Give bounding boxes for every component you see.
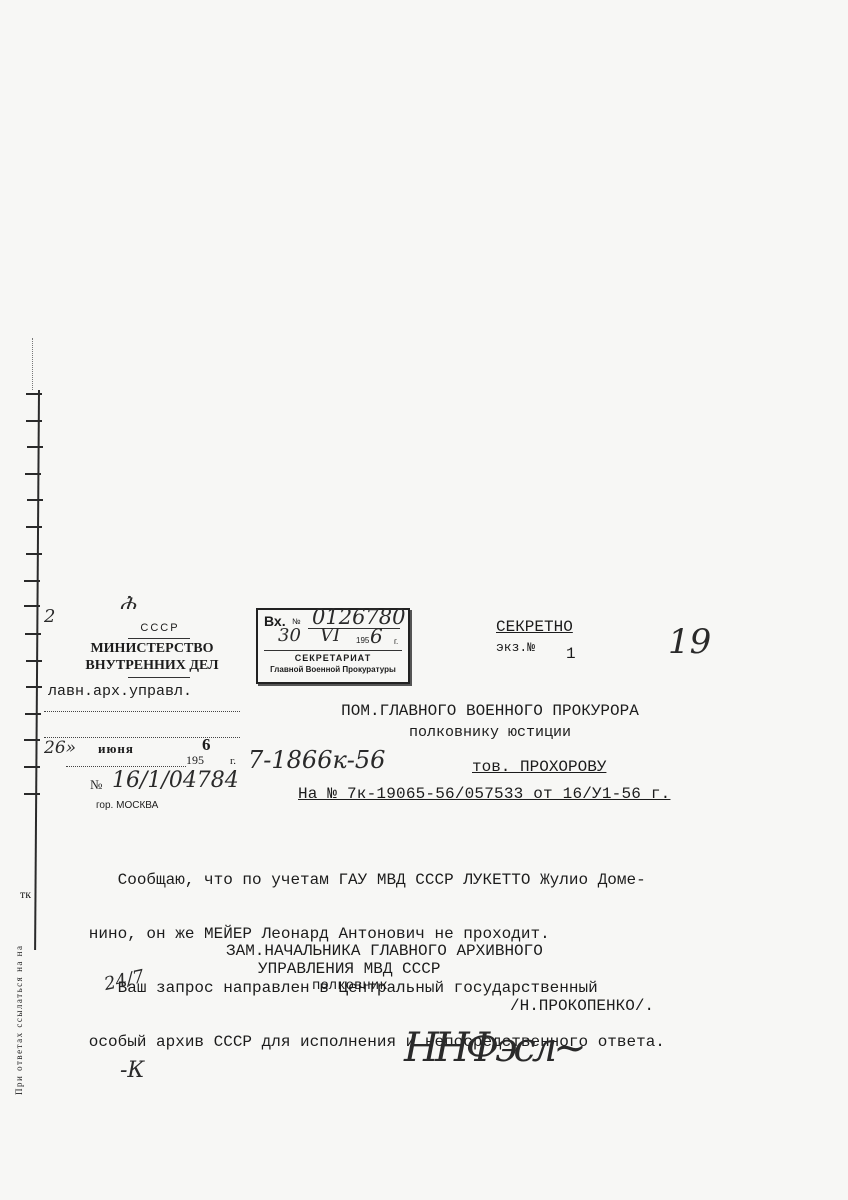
ruler-tick: [26, 526, 42, 528]
ruler-tick: [24, 739, 40, 741]
divider: [128, 638, 190, 639]
ruler-tick: [26, 420, 42, 422]
stamp-rule: [264, 650, 402, 651]
ruler-tick: [26, 393, 42, 395]
signatory-name: /Н.ПРОКОПЕНКО/.: [510, 997, 654, 1015]
stamp-day: 30: [278, 625, 301, 646]
classification-label: СЕКРЕТНО: [496, 618, 573, 636]
signatory-rank: полковник: [312, 978, 388, 994]
body-line: Сообщаю, что по учетам ГАУ МВД СССР ЛУКЕ…: [60, 871, 760, 889]
date-month: июня: [98, 741, 134, 757]
copy-number: 1: [566, 645, 576, 663]
outgoing-number: 16/1/04784: [112, 768, 239, 793]
signatory-title-line2: УПРАВЛЕНИЯ МВД СССР: [258, 960, 440, 978]
body-line: Ваш запрос направлен в Центральный госуд…: [60, 979, 760, 997]
vertical-margin-note: При ответах ссылаться на на: [14, 945, 24, 1095]
margin-ruler-dots: [32, 338, 34, 390]
ruler-tick: [26, 553, 42, 555]
margin-cut-text: тк: [20, 887, 31, 902]
stamp-month: VI: [320, 625, 340, 646]
emblem-icon: ሕ: [120, 590, 136, 614]
addressee-title: ПОМ.ГЛАВНОГО ВОЕННОГО ПРОКУРОРА: [240, 702, 740, 720]
stamp-office: СЕКРЕТАРИАТ: [260, 653, 406, 663]
ruler-tick: [24, 793, 40, 795]
stamp-year-prefix: 195: [356, 636, 369, 645]
country-label: СССР: [110, 622, 210, 634]
ministry-line1: МИНИСТЕРСТВО: [52, 640, 252, 657]
department-label: лавн.арх.управл.: [48, 683, 192, 700]
handwritten-signature: ННФэсл~: [404, 1025, 583, 1071]
stamp-year-suffix: 6: [370, 624, 383, 648]
sheet-number: 19: [668, 622, 711, 662]
ruler-tick: [27, 499, 43, 501]
ministry-name: МИНИСТЕРСТВО ВНУТРЕННИХ ДЕЛ: [52, 640, 252, 674]
ruler-tick: [27, 446, 43, 448]
stamp-organization: Главной Военной Прокуратуры: [260, 665, 406, 674]
registration-note: 7-1866к-56: [248, 746, 385, 774]
ruler-tick: [25, 473, 41, 475]
signatory-title-line1: ЗАМ.НАЧАЛЬНИКА ГЛАВНОГО АРХИВНОГО: [226, 942, 543, 960]
ruler-tick: [25, 713, 41, 715]
stamp-year-unit: г.: [394, 637, 398, 646]
ruler-tick: [25, 633, 41, 635]
city-label: гор. МОСКВА: [96, 800, 158, 811]
ruler-tick: [24, 580, 40, 582]
ministry-line2: ВНУТРЕННИХ ДЕЛ: [52, 657, 252, 674]
outgoing-number-label: №: [90, 777, 102, 793]
ruler-tick: [24, 605, 40, 607]
dotted-rule: [44, 711, 240, 712]
reference-line: На № 7к-19065-56/057533 от 16/У1-56 г.: [298, 785, 670, 803]
ruler-tick: [26, 660, 42, 662]
addressee-rank: полковнику юстиции: [240, 724, 740, 741]
ruler-tick: [24, 766, 40, 768]
handwritten-mark: -К: [120, 1058, 144, 1083]
date-year-unit: г.: [230, 755, 236, 767]
addressee-name: тов. ПРОХОРОВУ: [472, 758, 606, 776]
body-line: нино, он же МЕЙЕР Леонард Антонович не п…: [60, 925, 760, 943]
copy-label: экз.№: [496, 640, 535, 655]
page-mark: 2: [44, 606, 55, 627]
ruler-tick: [26, 686, 42, 688]
dotted-rule: [66, 766, 186, 767]
divider: [128, 677, 190, 678]
date-year-prefix: 195: [186, 753, 204, 768]
date-day: 26»: [44, 738, 76, 758]
date-year-suffix: 6: [202, 735, 211, 755]
